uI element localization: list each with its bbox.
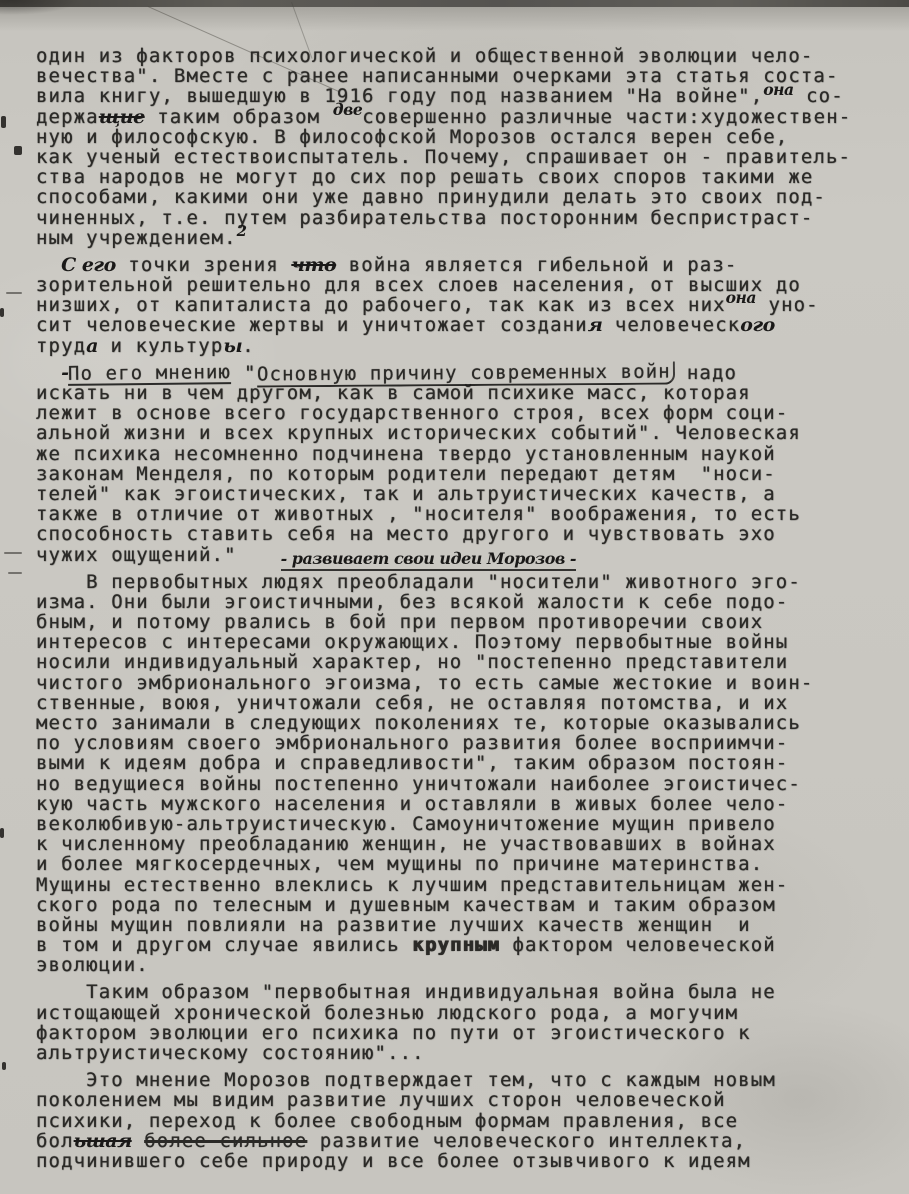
typed-text: Таким образом "первобытная индивидуальна… bbox=[36, 981, 776, 1003]
handwritten-annotation: что bbox=[291, 254, 336, 276]
scan-speck bbox=[0, 308, 4, 317]
typed-line: ства народов не могут до сих пор решать … bbox=[36, 167, 886, 187]
typed-line: В первобытных людях преобладали "носител… bbox=[36, 572, 886, 592]
typed-line: к численному преобладанию женщин, не уча… bbox=[36, 834, 886, 854]
handwritten-annotation: 2 bbox=[237, 223, 247, 240]
margin-dash-mark bbox=[4, 552, 22, 554]
typed-text: изма. Они были эгоистичными, без всякой … bbox=[36, 591, 788, 613]
typed-line: в том и другом случае явились крупным фа… bbox=[36, 935, 886, 955]
typed-text: ского рода по телесным и душевным качест… bbox=[36, 894, 776, 916]
typed-line: С его точки зрения что война является ги… bbox=[36, 255, 886, 275]
typed-line: чистого эмбрионального эгоизма, то есть … bbox=[36, 673, 886, 693]
typed-line: но ведущиеся войны постепенно уничтожали… bbox=[36, 774, 886, 794]
typed-line: же психика несомненно подчинена твердо у… bbox=[36, 444, 886, 464]
typed-text: но ведущиеся войны постепенно уничтожали… bbox=[36, 773, 801, 795]
typed-text: веколюбивую-альтруистическую. Самоуничто… bbox=[36, 813, 776, 835]
typed-line: ную и философскую. В философской Морозов… bbox=[36, 127, 886, 147]
typed-line: большая более сильное развитие человечес… bbox=[36, 1131, 886, 1151]
typed-text: более сильное bbox=[144, 1130, 307, 1152]
typed-text: же психика несомненно подчинена твердо у… bbox=[36, 443, 776, 465]
typed-text: со- bbox=[794, 85, 844, 107]
typed-line: телей" как эгоистических, так и альтруис… bbox=[36, 484, 886, 504]
typed-text bbox=[36, 254, 61, 276]
handwritten-annotation: ы bbox=[223, 335, 242, 357]
typed-line: держащие таким образом двесовершенно раз… bbox=[36, 107, 886, 127]
typed-text: альной жизни и всех крупных исторических… bbox=[36, 422, 801, 444]
scan-top-shadow bbox=[0, 7, 909, 31]
typed-text: к численному преобладанию женщин, не уча… bbox=[36, 833, 776, 855]
typed-text: Основную причину современных войн bbox=[256, 361, 674, 387]
handwritten-annotation: а bbox=[86, 335, 98, 357]
typed-text: чиненных, т.е. путем разбирательства пос… bbox=[36, 207, 813, 229]
typed-line: поколением мы видим развитие лучших стор… bbox=[36, 1090, 886, 1110]
typed-text: чужих ощущений." bbox=[36, 544, 237, 566]
typed-line: эволюции. bbox=[36, 955, 886, 975]
typed-line: кую часть мужского населения и оставляли… bbox=[36, 794, 886, 814]
scan-corner-smudge bbox=[0, 0, 110, 26]
typed-line: способность ставить себя на место другог… bbox=[36, 524, 886, 544]
typed-text: по условиям своего эмбрионального развит… bbox=[36, 732, 788, 754]
typed-text: и культур bbox=[98, 335, 223, 357]
typed-line: один из факторов психологической и общес… bbox=[36, 46, 886, 66]
typed-line: способами, какими они уже давно принудил… bbox=[36, 187, 886, 207]
typed-text: вечества". Вместе с ранее написанными оч… bbox=[36, 65, 839, 87]
typed-line: законам Менделя, по которым родители пер… bbox=[36, 464, 886, 484]
typed-text: ную и философскую. В философской Морозов… bbox=[36, 126, 788, 148]
handwritten-annotation: щие bbox=[99, 106, 145, 128]
typed-text: и более мягкосердечных, чем мущины по пр… bbox=[36, 853, 763, 875]
typed-line: альтруистическому состоянию"... bbox=[36, 1043, 886, 1063]
typed-line: изма. Они были эгоистичными, без всякой … bbox=[36, 592, 886, 612]
typed-text: способами, какими они уже давно принудил… bbox=[36, 186, 826, 208]
typed-text: один из факторов психологической и общес… bbox=[36, 45, 813, 67]
typed-text: ственные, воюя, уничтожали себя, не оста… bbox=[36, 692, 788, 714]
handwritten-annotation: я bbox=[588, 314, 603, 336]
typed-text: фактором эволюции его психика по пути от… bbox=[36, 1022, 751, 1044]
typed-line: -По его мнению "Основную причину совреме… bbox=[36, 363, 886, 383]
typed-text: Это мнение Морозов подтверждает тем, что… bbox=[36, 1069, 776, 1091]
handwritten-annotation: она bbox=[763, 80, 793, 99]
handwritten-annotation: она bbox=[726, 288, 756, 307]
typed-text: альтруистическому состоянию"... bbox=[36, 1042, 425, 1064]
typed-line: Это мнение Морозов подтверждает тем, что… bbox=[36, 1070, 886, 1090]
typed-text: человеческ bbox=[602, 314, 740, 336]
typed-text: держа bbox=[36, 106, 99, 128]
typed-text: лежит в основе всего государственного ст… bbox=[36, 402, 788, 424]
typed-text: вила книгу, вышедшую в 1916 году под наз… bbox=[36, 85, 763, 107]
typed-line: ным учреждением.2 bbox=[36, 228, 886, 248]
typed-line: сит человеческие жертвы и уничтожает соз… bbox=[36, 315, 886, 335]
typed-line: ского рода по телесным и душевным качест… bbox=[36, 895, 886, 915]
typed-text: Мущины естественно влеклись к лучшим пре… bbox=[36, 874, 788, 896]
typed-text: чистого эмбрионального эгоизма, то есть … bbox=[36, 672, 813, 694]
typed-line: чиненных, т.е. путем разбирательства пос… bbox=[36, 208, 886, 228]
typed-line: низших, от капиталиста до рабочего, так … bbox=[36, 295, 886, 315]
typed-text: По его мнению bbox=[68, 362, 231, 386]
typed-text: кую часть мужского населения и оставляли… bbox=[36, 793, 788, 815]
typed-line: войны мущин повлияли на развитие лучших … bbox=[36, 915, 886, 935]
typed-text: истощающей хронической болезнью людского… bbox=[36, 1002, 738, 1024]
scan-speck bbox=[0, 828, 4, 838]
typed-text: бол bbox=[36, 1130, 74, 1152]
typed-text: развитие человеческого интеллекта, bbox=[307, 1130, 746, 1152]
typed-text: эволюции. bbox=[36, 954, 149, 976]
typed-text: сит человеческие жертвы и уничтожает соз… bbox=[36, 314, 588, 336]
typed-line: веколюбивую-альтруистическую. Самоуничто… bbox=[36, 814, 886, 834]
typed-line: по условиям своего эмбрионального развит… bbox=[36, 733, 886, 753]
typed-text: зорительной решительно для всех слоев на… bbox=[36, 274, 801, 296]
typed-text: совершенно различные части:художествен- bbox=[362, 106, 851, 128]
typed-line: вечества". Вместе с ранее написанными оч… bbox=[36, 66, 886, 86]
typed-line: выми к идеям добра и справедливости", та… bbox=[36, 753, 886, 773]
typed-line: Таким образом "первобытная индивидуальна… bbox=[36, 982, 886, 1002]
typed-text: точки зрения bbox=[116, 254, 292, 276]
typed-text: крупным bbox=[412, 934, 500, 956]
scan-top-edge bbox=[0, 0, 909, 7]
typed-text: " bbox=[231, 362, 256, 384]
typed-line: труда и культуры. bbox=[36, 336, 886, 356]
typed-text: как ученый естествоиспытатель. Почему, с… bbox=[36, 146, 851, 168]
typed-text: низших, от капиталиста до рабочего, так … bbox=[36, 294, 726, 316]
typed-line: как ученый естествоиспытатель. Почему, с… bbox=[36, 147, 886, 167]
typed-line: зорительной решительно для всех слоев на… bbox=[36, 275, 886, 295]
typed-text bbox=[132, 1130, 145, 1152]
typed-text: в том и другом случае явились bbox=[36, 934, 412, 956]
scan-speck bbox=[1, 116, 6, 128]
typed-line: истощающей хронической болезнью людского… bbox=[36, 1003, 886, 1023]
typed-text: место занимали в следующих поколениях те… bbox=[36, 712, 801, 734]
typed-text: уно- bbox=[756, 294, 819, 316]
typed-text: труд bbox=[36, 335, 86, 357]
typed-text: . bbox=[242, 335, 255, 357]
handwritten-annotation: ого bbox=[740, 314, 775, 336]
typed-text: В первобытных людях преобладали "носител… bbox=[36, 571, 801, 593]
typed-line: ственные, воюя, уничтожали себя, не оста… bbox=[36, 693, 886, 713]
scanned-page: { "colors": { "paper": "#c9c7c1", "typew… bbox=[0, 0, 909, 1194]
handwritten-annotation: С его bbox=[61, 254, 116, 276]
handwritten-annotation: - развивает свои идеи Морозов - bbox=[281, 549, 576, 571]
typed-line: интересов с интересами окружающих. Поэто… bbox=[36, 632, 886, 652]
typed-line: подчинившего себе природу и все более от… bbox=[36, 1151, 886, 1171]
document-body: один из факторов психологической и общес… bbox=[36, 46, 886, 1171]
typed-line: Мущины естественно влеклись к лучшим пре… bbox=[36, 875, 886, 895]
typed-text: выми к идеям добра и справедливости", та… bbox=[36, 752, 788, 774]
typed-line: место занимали в следующих поколениях те… bbox=[36, 713, 886, 733]
typed-text: телей" как эгоистических, так и альтруис… bbox=[36, 483, 776, 505]
typed-text: ства народов не могут до сих пор решать … bbox=[36, 166, 813, 188]
margin-dash-mark bbox=[8, 572, 22, 574]
typed-line: чужих ощущений."- развивает свои идеи Мо… bbox=[36, 545, 886, 565]
typed-line: вила книгу, вышедшую в 1916 году под наз… bbox=[36, 86, 886, 106]
typed-text: носили индивидуальный характер, но "пост… bbox=[36, 651, 788, 673]
scan-speck bbox=[14, 146, 22, 155]
handwritten-annotation: две bbox=[333, 100, 362, 119]
typed-text: таким образом bbox=[145, 106, 333, 128]
typed-text: ным учреждением. bbox=[36, 227, 237, 249]
handwritten-annotation: ьшая bbox=[74, 1130, 132, 1152]
typed-text: фактором человеческой bbox=[500, 934, 776, 956]
typed-line: и более мягкосердечных, чем мущины по пр… bbox=[36, 854, 886, 874]
typed-text: войны мущин повлияли на развитие лучших … bbox=[36, 914, 751, 936]
typed-line: носили индивидуальный характер, но "пост… bbox=[36, 652, 886, 672]
typed-text: способность ставить себя на место другог… bbox=[36, 523, 776, 545]
typed-line: лежит в основе всего государственного ст… bbox=[36, 403, 886, 423]
typed-text: война является гибельной и раз- bbox=[336, 254, 737, 276]
typed-text: интересов с интересами окружающих. Поэто… bbox=[36, 631, 788, 653]
typed-line: бным, и потому рвались в бой при первом … bbox=[36, 612, 886, 632]
typed-text: также в отличие от животных , "носителя"… bbox=[36, 503, 801, 525]
typed-text: подчинившего себе природу и все более от… bbox=[36, 1150, 751, 1172]
typed-text: психики, переход к более свободным форма… bbox=[36, 1110, 738, 1132]
typed-line: также в отличие от животных , "носителя"… bbox=[36, 504, 886, 524]
scan-speck bbox=[2, 1062, 6, 1070]
typed-line: альной жизни и всех крупных исторических… bbox=[36, 423, 886, 443]
typed-line: фактором эволюции его психика по пути от… bbox=[36, 1023, 886, 1043]
typed-text: надо bbox=[674, 362, 737, 384]
margin-dash-mark bbox=[6, 292, 22, 294]
typed-text: законам Менделя, по которым родители пер… bbox=[36, 463, 776, 485]
typed-text: бным, и потому рвались в бой при первом … bbox=[36, 611, 763, 633]
typed-text: поколением мы видим развитие лучших стор… bbox=[36, 1089, 726, 1111]
typed-text bbox=[36, 362, 61, 384]
typed-line: психики, переход к более свободным форма… bbox=[36, 1111, 886, 1131]
